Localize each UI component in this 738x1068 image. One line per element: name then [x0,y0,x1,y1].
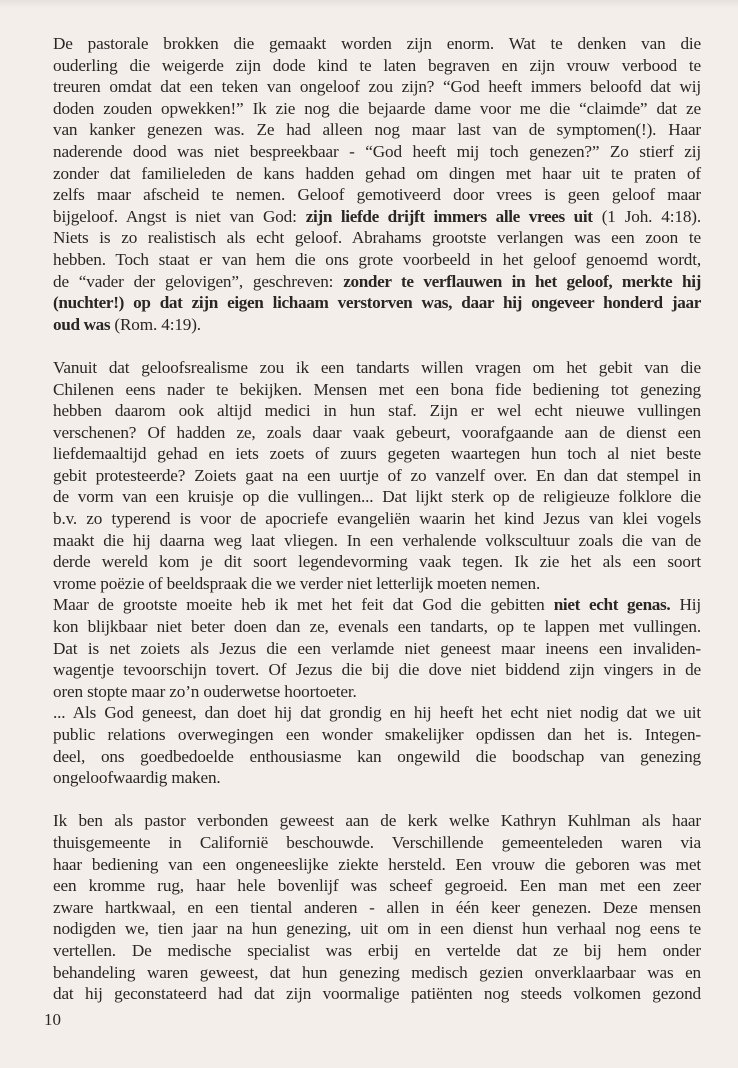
text-line-content: hebben daarom ook altijd medici in hun s… [53,400,701,422]
text-line: oren stopte maar zo’n ouderwetse hoortoe… [53,681,701,703]
text-line: behandeling waren geweest, dat hun genez… [53,962,701,984]
text-line: ... Als God geneest, dan doet hij dat gr… [53,702,701,724]
text-line-content: Niets is zo realistisch als echt geloof.… [53,227,701,249]
text-run: hebben. Toch staat er van hem die ons gr… [53,250,701,269]
text-line-content: van kanker genezen was. Ze had alleen no… [53,119,701,141]
text-line-content: behandeling waren geweest, dat hun genez… [53,962,701,984]
text-line: wagentje tevoorschijn tovert. Of Jezus d… [53,659,701,681]
text-line-content: dat hij geconstateerd had dat zijn voorm… [53,983,701,1005]
text-line: de “vader der gelovigen”, geschreven: zo… [53,271,701,293]
text-line: de vorm van een kruisje op die vullingen… [53,486,701,508]
text-line-content: de “vader der gelovigen”, geschreven: zo… [53,271,701,293]
paragraph: Ik ben als pastor verbonden geweest aan … [53,810,701,1004]
text-line-content: deel, ons goedbedoelde enthousiasme kan … [53,746,701,768]
text-run: behandeling waren geweest, dat hun genez… [53,963,701,982]
text-run: treuren omdat dat een teken van ongeloof… [53,77,701,96]
text-run: naderende dood was niet bespreekbaar - “… [53,142,701,161]
text-line: hebben. Toch staat er van hem die ons gr… [53,249,701,271]
text-line: vertellen. De medische specialist was er… [53,940,701,962]
text-run: Dat is net zoiets als Jezus die een verl… [53,639,701,658]
text-line-content: maakt die hij daarna weg laat vliegen. I… [53,530,701,552]
text-run: vertellen. De medische specialist was er… [53,941,701,960]
bold-scripture-quote: zonder te verflauwen in het geloof, merk… [343,272,701,291]
text-run: verschenen? Of hadden ze, zoals daar vaa… [53,423,701,442]
text-line-content: (nuchter!) op dat zijn eigen lichaam ver… [53,292,701,314]
text-line: ouderling die weigerde zijn dode kind te… [53,55,701,77]
text-line-content: b.v. zo typerend is voor de apocriefe ev… [53,508,701,530]
text-run: bijgeloof. Angst is niet van God: [53,207,306,226]
page-top-shadow [0,0,738,8]
text-line: Dat is net zoiets als Jezus die een verl… [53,638,701,660]
text-run: hebben daarom ook altijd medici in hun s… [53,401,701,420]
text-line-content: ongeloofwaardig maken. [53,767,701,789]
text-line: treuren omdat dat een teken van ongeloof… [53,76,701,98]
text-line-content: hebben. Toch staat er van hem die ons gr… [53,249,701,271]
body-text: De pastorale brokken die gemaakt worden … [53,33,701,1005]
text-run: zware hartkwaal, en een tiental anderen … [53,898,701,917]
text-line-content: gebit protesteerde? Zoiets gaat na een u… [53,465,701,487]
text-line-content: naderende dood was niet bespreekbaar - “… [53,141,701,163]
text-run: Maar de grootste moeite heb ik met het f… [53,595,554,614]
page-number: 10 [44,1010,61,1030]
text-line-content: zware hartkwaal, en een tiental anderen … [53,897,701,919]
text-line: haar bediening van een ongeneeslijke zie… [53,854,701,876]
text-run: oren stopte maar zo’n ouderwetse hoortoe… [53,682,357,701]
text-line: verschenen? Of hadden ze, zoals daar vaa… [53,422,701,444]
text-line: zelfs maar afscheid te nemen. Geloof gem… [53,184,701,206]
text-line-content: zonder dat familieleden de kans hadden g… [53,163,701,185]
text-line: doden zouden opwekken!” Ik zie nog die b… [53,98,701,120]
text-run: vrome poëzie of beeldspraak die we verde… [53,574,540,593]
text-run: kon blijkbaar niet beter doen dan ze, ev… [53,617,701,636]
text-line: liefdemaaltijd gehad en iets zoets of zu… [53,443,701,465]
text-line-content: wagentje tevoorschijn tovert. Of Jezus d… [53,659,701,681]
bold-scripture-quote: niet echt genas. [554,595,671,614]
text-line-content: zelfs maar afscheid te nemen. Geloof gem… [53,184,701,206]
text-run: derde wereld kom je dit soort legendevor… [53,552,701,571]
text-line: ongeloofwaardig maken. [53,767,701,789]
text-line-content: Vanuit dat geloofsrealisme zou ik een ta… [53,357,701,379]
text-run: Hij [670,595,701,614]
text-line: vrome poëzie of beeldspraak die we verde… [53,573,701,595]
text-line: hebben daarom ook altijd medici in hun s… [53,400,701,422]
text-line-content: bijgeloof. Angst is niet van God: zijn l… [53,206,701,228]
text-run: nodigden we, tien jaar na hun genezing, … [53,919,701,938]
text-line: dat hij geconstateerd had dat zijn voorm… [53,983,701,1005]
text-run: Chilenen eens nader te bekijken. Mensen … [53,380,701,399]
text-line-content: Chilenen eens nader te bekijken. Mensen … [53,379,701,401]
text-line-content: thuisgemeente in Californië beschouwde. … [53,832,701,854]
text-line: maakt die hij daarna weg laat vliegen. I… [53,530,701,552]
text-line-content: ouderling die weigerde zijn dode kind te… [53,55,701,77]
text-line: De pastorale brokken die gemaakt worden … [53,33,701,55]
text-line: bijgeloof. Angst is niet van God: zijn l… [53,206,701,228]
text-run: wagentje tevoorschijn tovert. Of Jezus d… [53,660,701,679]
text-line-content: vertellen. De medische specialist was er… [53,940,701,962]
text-line-content: oren stopte maar zo’n ouderwetse hoortoe… [53,681,701,703]
text-line-content: Ik ben als pastor verbonden geweest aan … [53,810,701,832]
bold-scripture-quote: (nuchter!) op dat zijn eigen lichaam ver… [53,293,701,312]
text-line-content: de vorm van een kruisje op die vullingen… [53,486,701,508]
text-line: kon blijkbaar niet beter doen dan ze, ev… [53,616,701,638]
text-run: ouderling die weigerde zijn dode kind te… [53,56,701,75]
text-line-content: oud was (Rom. 4:19). [53,314,701,336]
text-run: ongeloofwaardig maken. [53,768,221,787]
text-run: De pastorale brokken die gemaakt worden … [53,34,701,53]
text-run: (1 Joh. 4:18). [593,207,701,226]
text-run: ... Als God geneest, dan doet hij dat gr… [53,703,701,722]
text-run: deel, ons goedbedoelde enthousiasme kan … [53,747,701,766]
text-run: maakt die hij daarna weg laat vliegen. I… [53,531,701,550]
text-line: Vanuit dat geloofsrealisme zou ik een ta… [53,357,701,379]
text-run: Ik ben als pastor verbonden geweest aan … [53,811,701,830]
text-line: een kromme rug, haar hele bovenlijf was … [53,875,701,897]
text-run: (Rom. 4:19). [110,315,201,334]
text-run: b.v. zo typerend is voor de apocriefe ev… [53,509,701,528]
text-line: Maar de grootste moeite heb ik met het f… [53,594,701,616]
text-line: oud was (Rom. 4:19). [53,314,701,336]
text-line: deel, ons goedbedoelde enthousiasme kan … [53,746,701,768]
text-line: Niets is zo realistisch als echt geloof.… [53,227,701,249]
text-line: gebit protesteerde? Zoiets gaat na een u… [53,465,701,487]
text-line: van kanker genezen was. Ze had alleen no… [53,119,701,141]
text-run: liefdemaaltijd gehad en iets zoets of zu… [53,444,701,463]
text-line-content: verschenen? Of hadden ze, zoals daar vaa… [53,422,701,444]
text-line-content: Dat is net zoiets als Jezus die een verl… [53,638,701,660]
text-run: zelfs maar afscheid te nemen. Geloof gem… [53,185,701,204]
text-line: (nuchter!) op dat zijn eigen lichaam ver… [53,292,701,314]
text-line: Chilenen eens nader te bekijken. Mensen … [53,379,701,401]
paragraph: Vanuit dat geloofsrealisme zou ik een ta… [53,357,701,789]
paragraph: De pastorale brokken die gemaakt worden … [53,33,701,335]
text-run: zonder dat familieleden de kans hadden g… [53,164,701,183]
text-line-content: public relations overwegingen een wonder… [53,724,701,746]
text-run: van kanker genezen was. Ze had alleen no… [53,120,701,139]
text-line-content: nodigden we, tien jaar na hun genezing, … [53,918,701,940]
text-line: naderende dood was niet bespreekbaar - “… [53,141,701,163]
text-line-content: derde wereld kom je dit soort legendevor… [53,551,701,573]
text-run: dat hij geconstateerd had dat zijn voorm… [53,984,701,1003]
text-line-content: ... Als God geneest, dan doet hij dat gr… [53,702,701,724]
text-line: nodigden we, tien jaar na hun genezing, … [53,918,701,940]
text-line-content: haar bediening van een ongeneeslijke zie… [53,854,701,876]
text-run: een kromme rug, haar hele bovenlijf was … [53,876,701,895]
text-run: thuisgemeente in Californië beschouwde. … [53,833,701,852]
text-line: derde wereld kom je dit soort legendevor… [53,551,701,573]
text-line: zonder dat familieleden de kans hadden g… [53,163,701,185]
text-run: Vanuit dat geloofsrealisme zou ik een ta… [53,358,701,377]
text-run: public relations overwegingen een wonder… [53,725,701,744]
text-line-content: Maar de grootste moeite heb ik met het f… [53,594,701,616]
text-run: haar bediening van een ongeneeslijke zie… [53,855,701,874]
text-line: public relations overwegingen een wonder… [53,724,701,746]
text-line: thuisgemeente in Californië beschouwde. … [53,832,701,854]
text-run: de vorm van een kruisje op die vullingen… [53,487,701,506]
text-run: gebit protesteerde? Zoiets gaat na een u… [53,466,701,485]
text-line: zware hartkwaal, en een tiental anderen … [53,897,701,919]
text-line-content: liefdemaaltijd gehad en iets zoets of zu… [53,443,701,465]
text-line-content: doden zouden opwekken!” Ik zie nog die b… [53,98,701,120]
text-line-content: kon blijkbaar niet beter doen dan ze, ev… [53,616,701,638]
text-line-content: vrome poëzie of beeldspraak die we verde… [53,573,701,595]
text-line-content: De pastorale brokken die gemaakt worden … [53,33,701,55]
bold-scripture-quote: zijn liefde drijft immers alle vrees uit [306,207,593,226]
bold-scripture-quote: oud was [53,315,110,334]
text-line-content: treuren omdat dat een teken van ongeloof… [53,76,701,98]
text-run: doden zouden opwekken!” Ik zie nog die b… [53,99,701,118]
text-line-content: een kromme rug, haar hele bovenlijf was … [53,875,701,897]
text-run: Niets is zo realistisch als echt geloof.… [53,228,701,247]
text-run: de “vader der gelovigen”, geschreven: [53,272,343,291]
text-line: b.v. zo typerend is voor de apocriefe ev… [53,508,701,530]
text-line: Ik ben als pastor verbonden geweest aan … [53,810,701,832]
